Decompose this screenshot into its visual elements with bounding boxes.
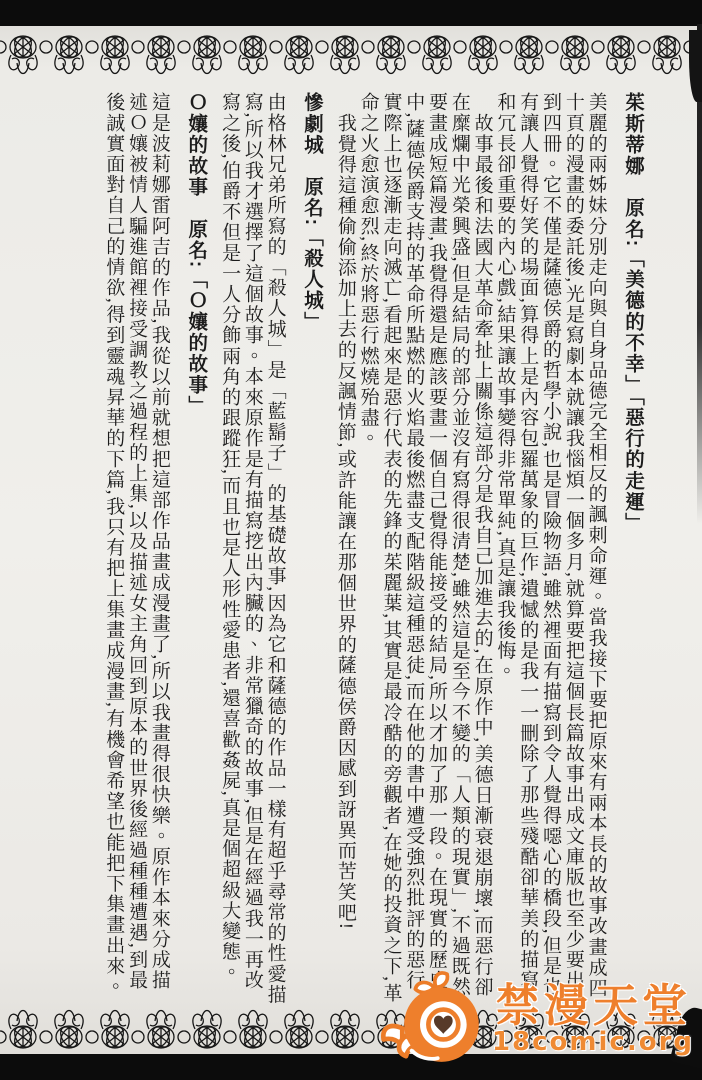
section-story-of-o: Ｏ孃的故事 原名:「Ｏ孃的故事」 這是波莉娜雷阿吉的作品,我從以前就想把這部作品… [101,92,207,1008]
site-watermark: 禁漫天堂 18comic.org [378,970,694,1070]
lace-border-top [0,32,702,84]
work-title: 茱斯蒂娜 [622,92,644,176]
section-heading: 慘劇城 原名:「殺人城」 [300,92,323,1008]
work-title: 慘劇城 [301,92,323,155]
site-url: 18comic.org [492,1028,694,1058]
section-justine: 茱斯蒂娜 原名:「美德的不幸」「惡行的走運」 美麗的兩姊妹分別走向與自身品德完全… [333,92,644,1008]
work-title: Ｏ孃的故事 [185,92,207,198]
scan-bar-top [0,0,702,26]
site-name: 禁漫天堂 [495,983,691,1028]
scanned-afterword-page: { "page": { "paper_color": "#efeeea", "i… [0,0,702,1080]
paragraph: 我覺得這種偷偷添加上去的反諷情節,或許能讓在那個世界的薩德侯爵因感到訝異而苦笑吧… [333,92,356,1008]
watermark-text: 禁漫天堂 18comic.org [492,983,694,1058]
afterword-text: 茱斯蒂娜 原名:「美德的不幸」「惡行的走運」 美麗的兩姊妹分別走向與自身品德完全… [50,92,646,1008]
work-original-title: 原名:「Ｏ孃的故事」 [185,219,207,417]
work-original-title: 原名:「美德的不幸」「惡行的走運」 [622,198,644,534]
paragraph: 這是波莉娜雷阿吉的作品,我從以前就想把這部作品畫成漫畫了,所以我畫得很快樂。原作… [101,92,169,1008]
whale-mascot-icon [378,970,490,1070]
scan-edge-blob [689,30,702,102]
paragraph: 故事最後和法國大革命牽扯上關係這部分是我自己加進去的,在原作中,美德日漸衰退崩壞… [356,92,493,1008]
work-original-title: 原名:「殺人城」 [301,176,323,332]
paragraph: 由格林兄弟所寫的「殺人城」是「藍鬍子」的基礎故事,因為它和薩德的作品一樣有超乎尋… [217,92,285,1008]
section-murder-castle: 慘劇城 原名:「殺人城」 由格林兄弟所寫的「殺人城」是「藍鬍子」的基礎故事,因為… [217,92,323,1008]
paragraph: 美麗的兩姊妹分別走向與自身品德完全相反的諷刺命運。當我接下要把原來有兩本長的故事… [493,92,607,1008]
section-heading: 茱斯蒂娜 原名:「美德的不幸」「惡行的走運」 [621,92,644,1008]
section-heading: Ｏ孃的故事 原名:「Ｏ孃的故事」 [184,92,207,1008]
